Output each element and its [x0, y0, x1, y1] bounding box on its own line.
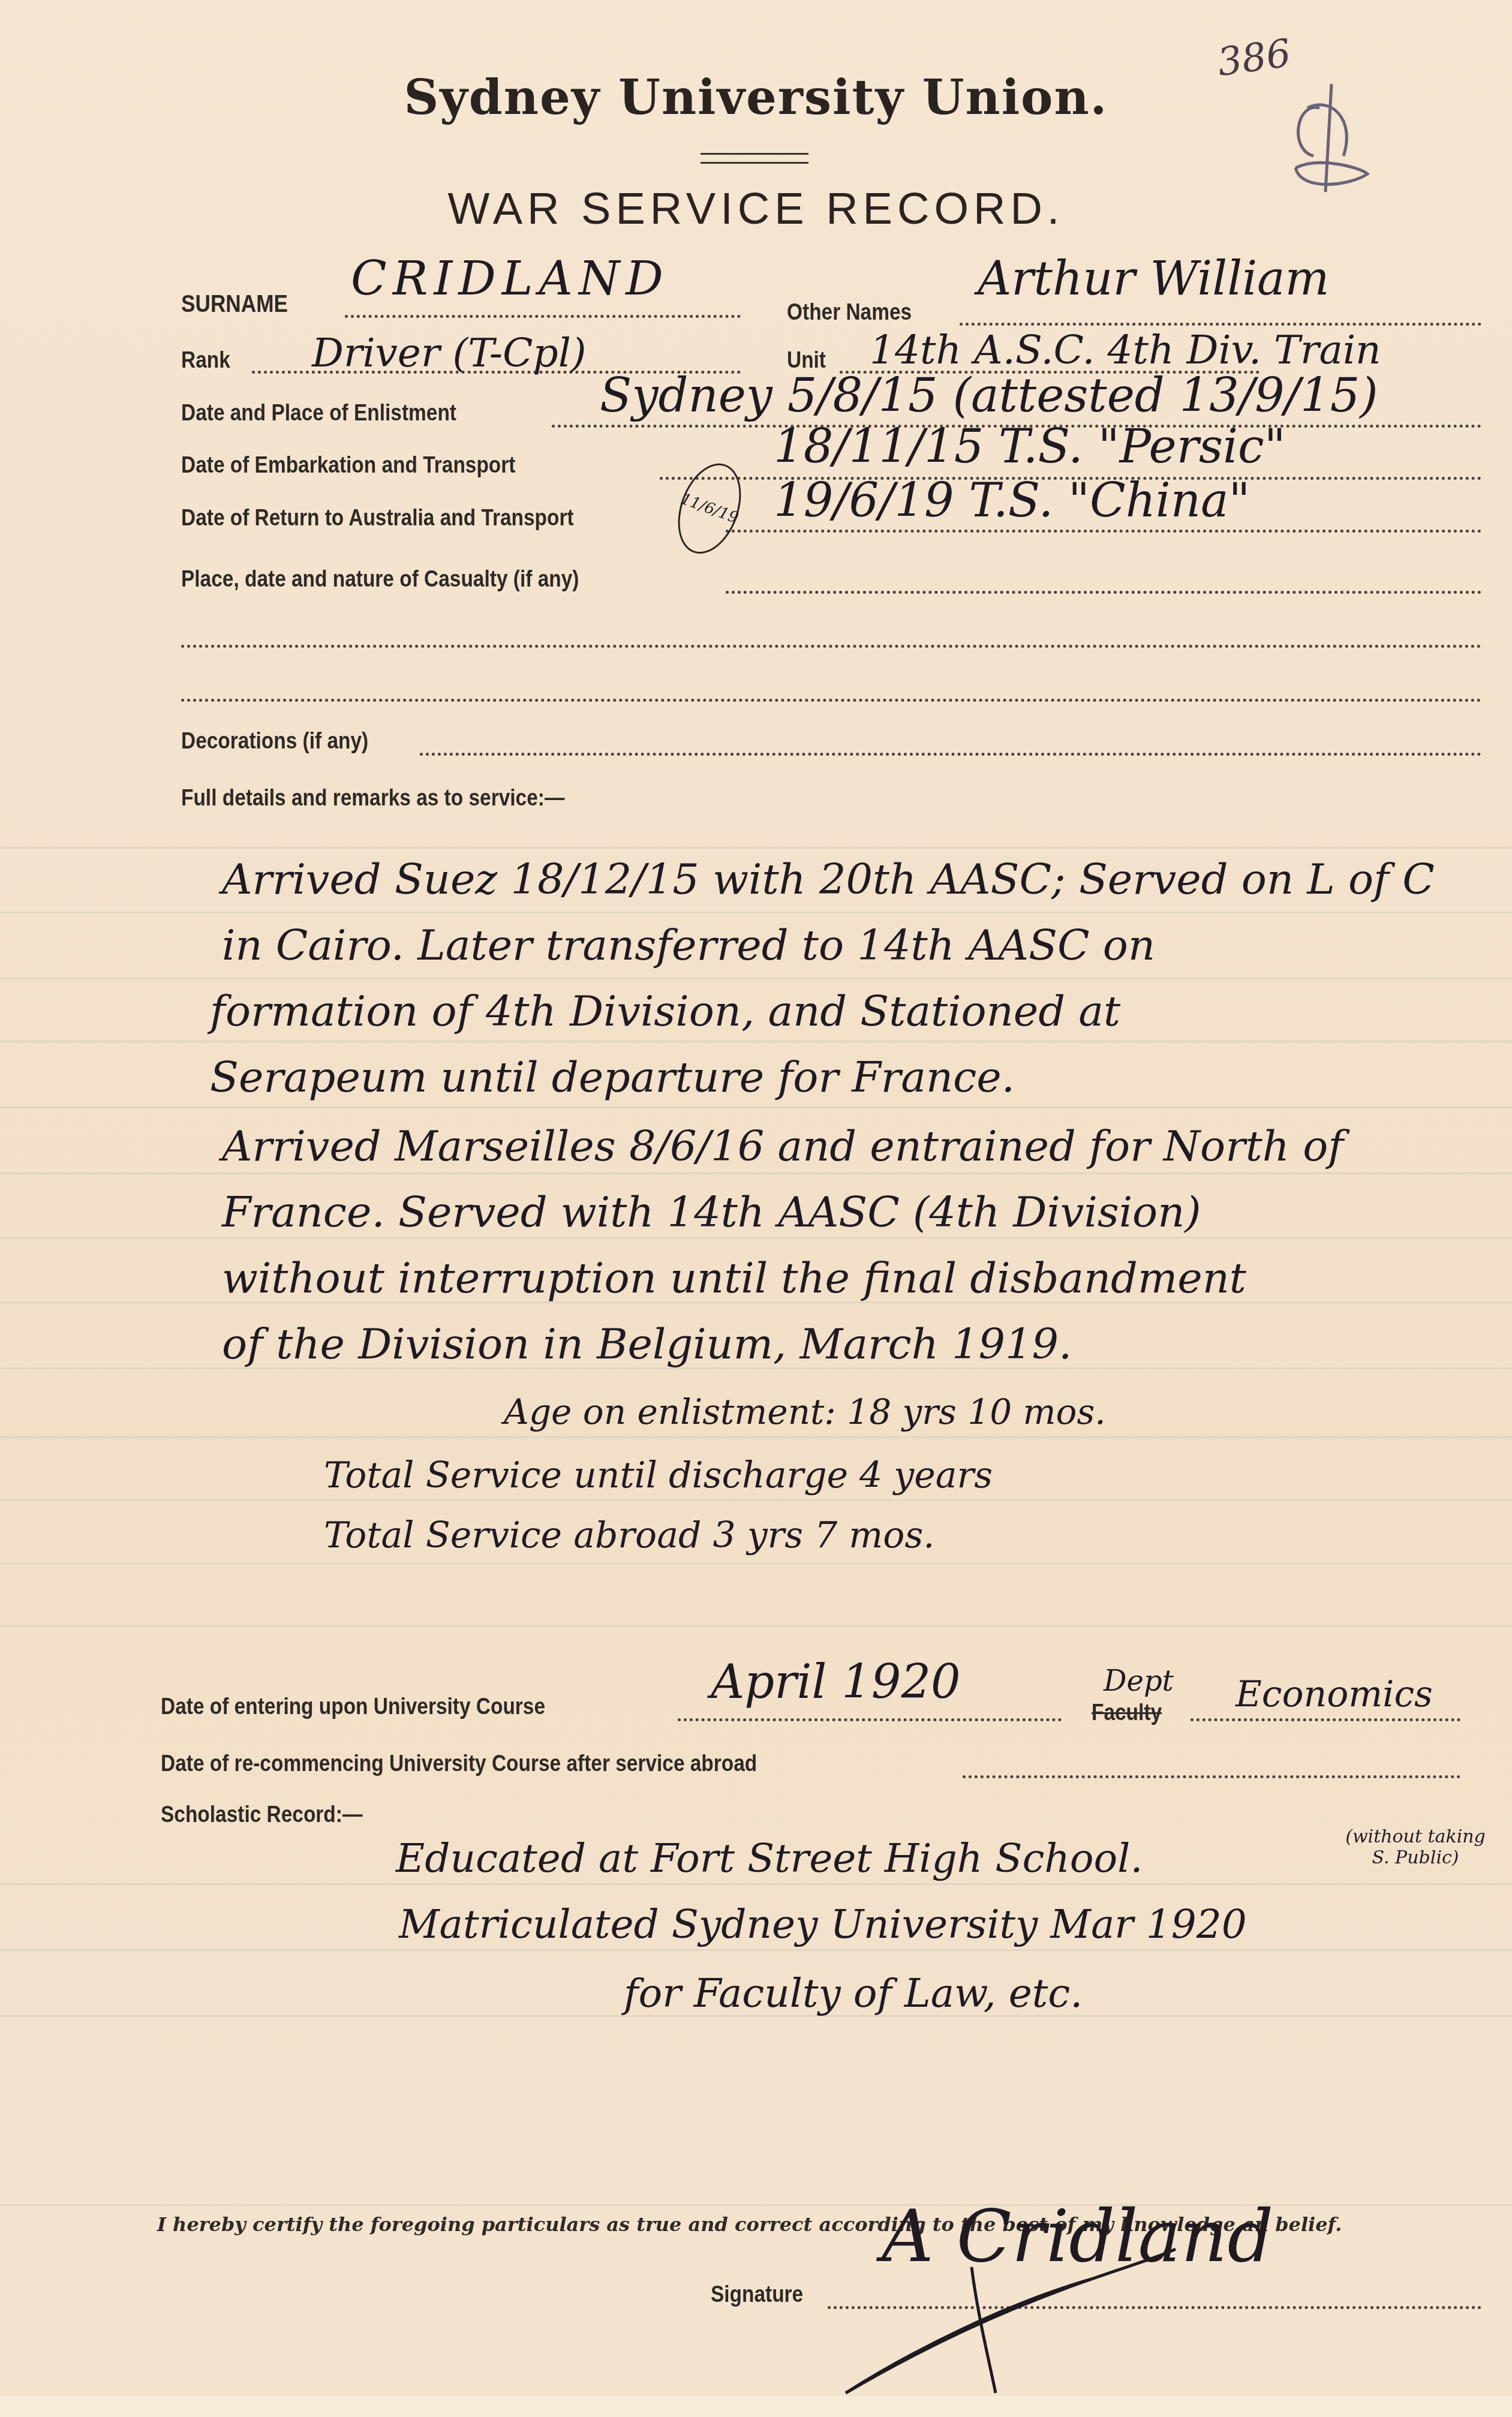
faculty-correction: Dept [1104, 1664, 1174, 1698]
other-names-value: Arthur William [978, 252, 1330, 306]
signature-flourish-icon [840, 2243, 1260, 2399]
faculty-label: Faculty [1092, 1700, 1162, 1726]
ruled-line [0, 1625, 1512, 1627]
total-service: Total Service until discharge 4 years [324, 1454, 993, 1496]
initials-monogram-icon [1283, 66, 1379, 198]
enlistment-value: Sydney 5/8/15 (attested 13/9/15) [600, 369, 1378, 423]
rank-value: Driver (T-Cpl) [312, 330, 587, 376]
return-value: 19/6/19 T.S. "China" [774, 474, 1250, 528]
remarks-line: formation of 4th Division, and Stationed… [210, 987, 1120, 1036]
casualty-dotted-line-1 [726, 591, 1481, 594]
ruled-line [0, 1107, 1512, 1108]
enlistment-label: Date and Place of Enlistment [181, 401, 456, 426]
ruled-line [0, 2204, 1512, 2206]
age-on-enlistment: Age on enlistment: 18 yrs 10 mos. [504, 1391, 1106, 1432]
remarks-label: Full details and remarks as to service:— [181, 786, 564, 811]
other-names-label: Other Names [787, 300, 912, 326]
total-service-abroad: Total Service abroad 3 yrs 7 mos. [324, 1514, 934, 1556]
remarks-line: Serapeum until departure for France. [210, 1053, 1015, 1102]
university-entering-dotted-line [678, 1718, 1062, 1721]
casualty-label: Place, date and nature of Casualty (if a… [181, 567, 579, 593]
remarks-line: of the Division in Belgium, March 1919. [222, 1319, 1072, 1369]
casualty-dotted-line-3 [181, 699, 1481, 702]
ruled-line [0, 1041, 1512, 1042]
paper-bottom-edge [0, 2396, 1512, 2417]
university-entering-value: April 1920 [711, 1655, 961, 1709]
ruled-line [0, 1237, 1512, 1238]
remarks-line: Arrived Suez 18/12/15 with 20th AASC; Se… [222, 855, 1435, 904]
university-entering-label: Date of entering upon University Course [161, 1694, 545, 1720]
signature-label: Signature [711, 2282, 803, 2308]
ruled-line [0, 1949, 1512, 1951]
remarks-line: Arrived Marseilles 8/6/16 and entrained … [222, 1122, 1343, 1171]
ruled-line [0, 1173, 1512, 1174]
embarkation-label: Date of Embarkation and Transport [181, 453, 515, 479]
ruled-line [0, 847, 1512, 849]
faculty-dotted-line [1191, 1718, 1460, 1721]
return-label: Date of Return to Australia and Transpor… [181, 506, 574, 531]
surname-value: CRIDLAND [351, 252, 669, 306]
ruled-line [0, 1499, 1512, 1501]
ruled-line [0, 1436, 1512, 1438]
ruled-line [0, 1883, 1512, 1885]
scholastic-line: Matriculated Sydney University Mar 1920 [399, 1901, 1247, 1947]
surname-dotted-line [345, 315, 741, 318]
university-recommencing-label: Date of re-commencing University Course … [161, 1751, 757, 1777]
scholastic-note: (without taking S. Public) [1337, 1826, 1493, 1868]
scholastic-line: Educated at Fort Street High School. [396, 1835, 1143, 1881]
remarks-line: France. Served with 14th AASC (4th Divis… [222, 1188, 1201, 1237]
remarks-line: in Cairo. Later transferred to 14th AASC… [222, 921, 1155, 970]
other-names-dotted-line [960, 323, 1481, 326]
decorations-label: Decorations (if any) [181, 729, 368, 754]
form-title: WAR SERVICE RECORD. [0, 183, 1512, 234]
remarks-line: without interruption until the final dis… [222, 1253, 1246, 1303]
title-double-rule [701, 153, 808, 164]
casualty-dotted-line-2 [181, 645, 1481, 648]
university-recommencing-dotted-line [963, 1775, 1460, 1778]
embarkation-value: 18/11/15 T.S. "Persic" [774, 420, 1286, 474]
surname-label: SURNAME [181, 291, 288, 318]
ruled-line [0, 912, 1512, 913]
decorations-dotted-line [420, 753, 1481, 756]
ruled-line [0, 978, 1512, 979]
scholastic-line: for Faculty of Law, etc. [624, 1970, 1083, 2016]
return-dotted-line [726, 530, 1481, 533]
faculty-value: Economics [1236, 1673, 1433, 1715]
unit-value: 14th A.S.C. 4th Div. Train [870, 327, 1381, 373]
rank-label: Rank [181, 348, 230, 374]
ruled-line [0, 1562, 1512, 1564]
scholastic-record-label: Scholastic Record:— [161, 1802, 362, 1828]
